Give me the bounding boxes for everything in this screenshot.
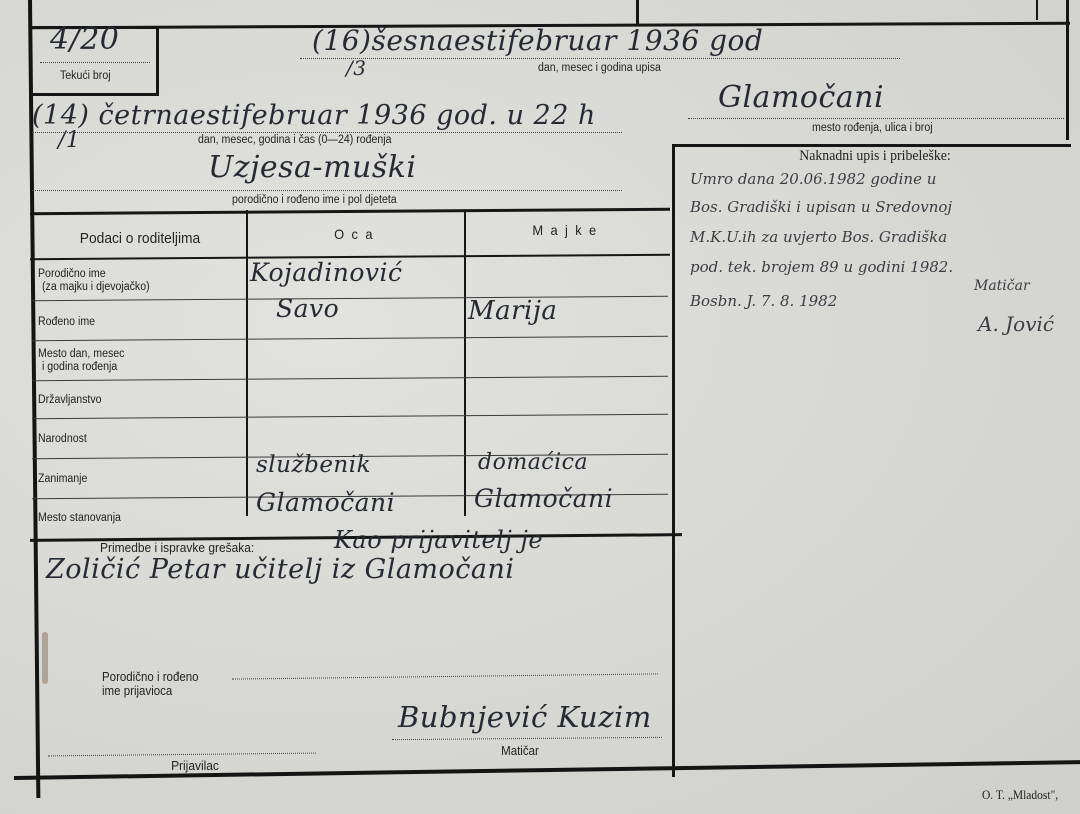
row-label-citizenship: Državljanstvo xyxy=(38,394,102,406)
reporter-name-dotted-line xyxy=(232,673,658,679)
column-header-mother: Majke xyxy=(476,222,660,238)
child-name-value: Uzjesa-muški xyxy=(208,150,417,185)
row-line xyxy=(32,296,668,301)
registration-date-value: (16)šesnaestifebruar 1936 god xyxy=(312,24,763,57)
row-line xyxy=(32,336,668,341)
entry-number-dotted-line xyxy=(40,62,150,63)
father-family-name: Kojadinović xyxy=(250,258,403,287)
child-name-dotted-line xyxy=(32,190,622,191)
annotation-line-3: M.K.U.ih za uvjerto Bos. Gradiška xyxy=(690,228,947,246)
child-name-label: porodično i rođeno ime i pol djeteta xyxy=(232,194,397,206)
table-top-rule xyxy=(30,208,670,215)
birth-datetime-label: dan, mesec, godina i čas (0—24) rođenja xyxy=(198,134,392,146)
paper-stain xyxy=(42,632,48,684)
mother-occupation: domaćica xyxy=(478,450,588,475)
reporter-name-label-1: Porodično i rođeno xyxy=(102,670,199,684)
remarks-label: Primedbe i ispravke grešaka: xyxy=(100,540,254,555)
parents-table-title: Podaci o roditeljima xyxy=(42,230,237,247)
father-given-name: Savo xyxy=(276,294,339,323)
birth-place-dotted-line xyxy=(688,118,1064,119)
row-label-family-name-note: (za majku i djevojačko) xyxy=(42,281,150,293)
remarks-line-2: Zoličić Petar učitelj iz Glamočani xyxy=(46,554,515,585)
mother-residence: Glamočani xyxy=(474,484,613,513)
row-label-nationality: Narodnost xyxy=(38,433,87,445)
reporter-name-label-2: ime prijavioca xyxy=(102,684,172,698)
entry-number-label: Tekući broj xyxy=(60,70,111,82)
row-label-birth-place-date-2: i godina rođenja xyxy=(42,361,117,373)
registrar-label: Matičar xyxy=(483,744,557,758)
table-col-divider-2 xyxy=(464,210,466,516)
registrar-dotted-line xyxy=(392,737,662,740)
top-divider xyxy=(636,0,639,24)
annotation-line-2: Bos. Gradiški i upisan u Sredovnoj xyxy=(690,198,952,216)
annotation-signer-label: Matičar xyxy=(974,278,1030,294)
birth-register-page: 4/20 Tekući broj (16)šesnaestifebruar 19… xyxy=(0,0,1080,814)
table-col-divider-1 xyxy=(246,210,248,516)
row-label-birth-place-date: Mesto dan, mesec xyxy=(38,348,124,360)
annotation-line-4: pod. tek. brojem 89 u godini 1982. xyxy=(690,258,953,276)
registration-date-subvalue: /3 xyxy=(346,56,366,80)
entry-number-value: 4/20 xyxy=(50,22,119,57)
annotations-title: Naknadni upis i pribeleške: xyxy=(705,148,1045,165)
birth-datetime-dotted-line xyxy=(32,132,622,133)
printer-mark: O. T. „Mladost", xyxy=(982,788,1058,803)
annotation-signer: A. Jović xyxy=(978,312,1054,336)
row-line xyxy=(32,376,668,381)
registration-date-dotted-line xyxy=(300,58,900,59)
column-header-father: Oca xyxy=(259,226,456,242)
birth-place-value: Glamočani xyxy=(718,80,884,115)
row-label-given-name: Rođeno ime xyxy=(38,316,95,328)
father-residence: Glamočani xyxy=(256,488,395,517)
reporter-signature-label: Prijavilac xyxy=(126,758,264,773)
remarks-line-1: Kao prijavitelj je xyxy=(334,526,543,554)
father-occupation: službenik xyxy=(256,452,371,478)
birth-datetime-value: (14) četrnaestifebruar 1936 god. u 22 h xyxy=(32,100,596,131)
registration-date-label: dan, mesec i godina upisa xyxy=(538,62,661,74)
birth-place-label: mesto rođenja, ulica i broj xyxy=(812,122,933,134)
row-label-occupation: Zanimanje xyxy=(38,473,87,485)
annotation-line-1: Umro dana 20.06.1982 godine u xyxy=(690,170,936,188)
registrar-signature: Bubnjević Kuzim xyxy=(398,700,652,734)
mother-given-name: Marija xyxy=(468,296,557,326)
row-label-residence: Mesto stanovanja xyxy=(38,512,121,524)
row-line xyxy=(32,414,668,419)
top-divider-right xyxy=(1036,0,1038,20)
reporter-signature-dotted-line xyxy=(48,753,316,757)
annotation-line-5: Bosbn. J. 7. 8. 1982 xyxy=(690,292,837,310)
row-label-family-name: Porodično ime xyxy=(38,268,106,280)
